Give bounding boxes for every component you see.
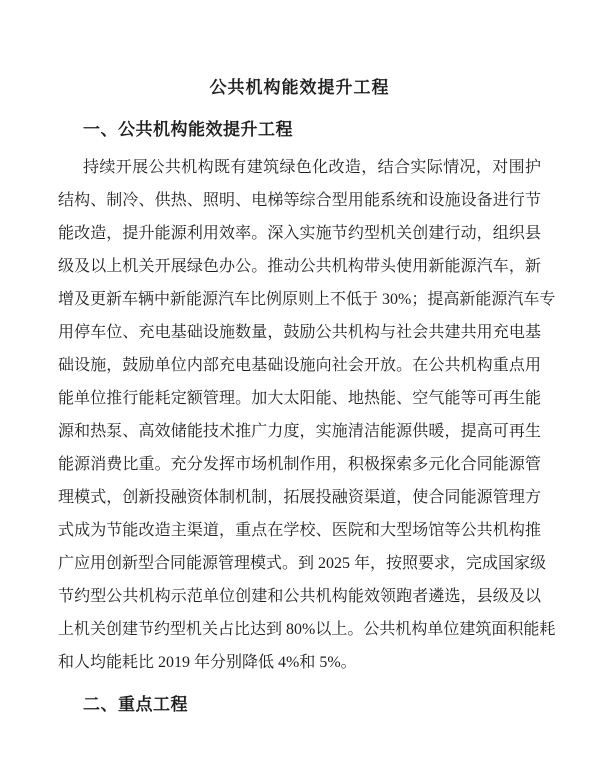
document-page: 公共机构能效提升工程 一、公共机构能效提升工程 持续开展公共机构既有建筑绿色化改…: [0, 0, 600, 776]
section-1-paragraph: 持续开展公共机构既有建筑绿色化改造，结合实际情况，对围护 结构、制冷、供热、照明…: [58, 151, 541, 679]
paragraph-line: 节约型公共机构示范单位创建和公共机构能效领跑者遴选，县级及以: [58, 580, 541, 613]
paragraph-line: 持续开展公共机构既有建筑绿色化改造，结合实际情况，对围护: [58, 151, 541, 184]
paragraph-line: 广应用创新型合同能源管理模式。到 2025 年，按照要求，完成国家级: [58, 547, 541, 580]
document-title: 公共机构能效提升工程: [58, 78, 541, 98]
paragraph-line: 和人均能耗比 2019 年分别降低 4%和 5%。: [58, 646, 541, 679]
paragraph-line: 级及以上机关开展绿色办公。推动公共机构带头使用新能源汽车，新: [58, 250, 541, 283]
paragraph-line: 础设施，鼓励单位内部充电基础设施向社会开放。在公共机构重点用: [58, 349, 541, 382]
paragraph-line: 上机关创建节约型机关占比达到 80%以上。公共机构单位建筑面积能耗: [58, 613, 541, 646]
paragraph-line: 用停车位、充电基础设施数量，鼓励公共机构与社会共建共用充电基: [58, 316, 541, 349]
paragraph-line: 结构、制冷、供热、照明、电梯等综合型用能系统和设施设备进行节: [58, 184, 541, 217]
paragraph-line: 能单位推行能耗定额管理。加大太阳能、地热能、空气能等可再生能: [58, 382, 541, 415]
paragraph-line: 能源消费比重。充分发挥市场机制作用，积极探索多元化合同能源管: [58, 448, 541, 481]
paragraph-line: 能改造，提升能源利用效率。深入实施节约型机关创建行动，组织县: [58, 217, 541, 250]
paragraph-line: 增及更新车辆中新能源汽车比例原则上不低于 30%；提高新能源汽车专: [58, 283, 541, 316]
section-1-heading: 一、公共机构能效提升工程: [58, 120, 541, 140]
section-2-heading: 二、重点工程: [58, 695, 541, 715]
paragraph-line: 式成为节能改造主渠道，重点在学校、医院和大型场馆等公共机构推: [58, 514, 541, 547]
paragraph-line: 理模式，创新投融资体制机制，拓展投融资渠道，使合同能源管理方: [58, 481, 541, 514]
paragraph-line: 源和热泵、高效储能技术推广力度，实施清洁能源供暖，提高可再生: [58, 415, 541, 448]
